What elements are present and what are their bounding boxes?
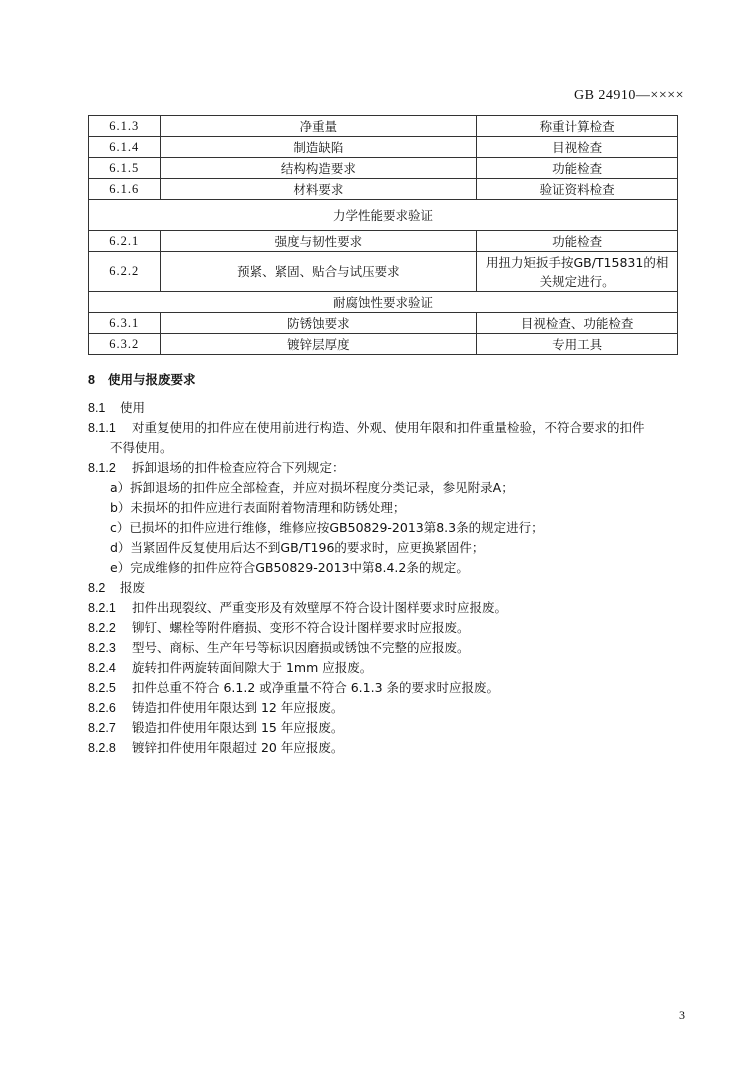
clause-text: 型号、商标、生产年号等标识因磨损或锈蚀不完整的应报废。 [132,640,470,655]
clause: 8.1.1对重复使用的扣件应在使用前进行构造、外观、使用年限和扣件重量检验，不符… [88,418,692,438]
clause: 8.2.3型号、商标、生产年号等标识因磨损或锈蚀不完整的应报废。 [88,638,692,658]
table-row: 6.2.1 强度与韧性要求 功能检查 [89,231,678,252]
clause-text: 扣件总重不符合 6.1.2 或净重量不符合 6.1.3 条的要求时应报废。 [132,680,499,695]
clause: 8.2.2铆钉、螺栓等附件磨损、变形不符合设计图样要求时应报废。 [88,618,692,638]
subsection-number: 8.1 [88,398,120,418]
method-cell: 目视检查 [477,137,678,158]
list-item: d）当紧固件反复使用后达不到GB/T196的要求时，应更换紧固件； [88,538,692,558]
section-number: 8 [88,370,108,390]
clause-number: 8.2.1 [88,598,132,618]
clause: 8.2.6铸造扣件使用年限达到 12 年应报废。 [88,698,692,718]
verification-table: 6.1.3 净重量 称重计算检查 6.1.4 制造缺陷 目视检查 6.1.5 结… [88,115,678,355]
subsection-title: 使用 [120,400,145,415]
group-label: 力学性能要求验证 [89,200,678,231]
method-cell: 功能检查 [477,231,678,252]
clause-text: 铆钉、螺栓等附件磨损、变形不符合设计图样要求时应报废。 [132,620,470,635]
subsection-heading: 8.1使用 [88,398,692,418]
clause-text: 拆卸退场的扣件检查应符合下列规定： [132,460,345,475]
item-cell: 防锈蚀要求 [160,313,477,334]
clause-number: 8.2.6 [88,698,132,718]
clause-number: 8.2.3 [88,638,132,658]
clause-number: 8.1.1 [88,418,132,438]
list-item: b）未损坏的扣件应进行表面附着物清理和防锈处理； [88,498,692,518]
clause-cell: 6.3.2 [89,334,161,355]
method-cell: 称重计算检查 [477,116,678,137]
section-8: 8使用与报废要求 8.1使用 8.1.1对重复使用的扣件应在使用前进行构造、外观… [88,370,692,758]
table-group-row: 耐腐蚀性要求验证 [89,292,678,313]
clause-cell: 6.2.2 [89,252,161,292]
list-item: c）已损坏的扣件应进行维修，维修应按GB50829-2013第8.3条的规定进行… [88,518,692,538]
subsection-heading: 8.2报废 [88,578,692,598]
table-row: 6.1.3 净重量 称重计算检查 [89,116,678,137]
table-row: 6.1.6 材料要求 验证资料检查 [89,179,678,200]
group-label: 耐腐蚀性要求验证 [89,292,678,313]
clause-cell: 6.3.1 [89,313,161,334]
clause: 8.1.2拆卸退场的扣件检查应符合下列规定： [88,458,692,478]
item-cell: 材料要求 [160,179,477,200]
item-cell: 强度与韧性要求 [160,231,477,252]
clause-cell: 6.1.6 [89,179,161,200]
table-row: 6.3.2 镀锌层厚度 专用工具 [89,334,678,355]
clause-number: 8.2.2 [88,618,132,638]
clause-number: 8.2.4 [88,658,132,678]
clause-text: 扣件出现裂纹、严重变形及有效壁厚不符合设计图样要求时应报废。 [132,600,507,615]
item-cell: 镀锌层厚度 [160,334,477,355]
table-group-row: 力学性能要求验证 [89,200,678,231]
table-row: 6.2.2 预紧、紧固、贴合与试压要求 用扭力矩扳手按GB/T15831的相关规… [89,252,678,292]
method-cell: 功能检查 [477,158,678,179]
clause-number: 8.1.2 [88,458,132,478]
clause-text: 铸造扣件使用年限达到 12 年应报废。 [132,700,343,715]
clause-text: 旋转扣件两旋转面间隙大于 1mm 应报废。 [132,660,372,675]
standard-code: GB 24910—×××× [574,88,684,104]
clause-text: 对重复使用的扣件应在使用前进行构造、外观、使用年限和扣件重量检验，不符合要求的扣… [132,420,645,435]
item-cell: 净重量 [160,116,477,137]
table-row: 6.1.4 制造缺陷 目视检查 [89,137,678,158]
item-cell: 结构构造要求 [160,158,477,179]
clause-continuation: 不得使用。 [88,438,692,458]
method-cell: 验证资料检查 [477,179,678,200]
clause-cell: 6.1.4 [89,137,161,158]
clause-number: 8.2.5 [88,678,132,698]
clause-number: 8.2.7 [88,718,132,738]
subsection-number: 8.2 [88,578,120,598]
list-item: a）拆卸退场的扣件应全部检查，并应对损坏程度分类记录，参见附录A； [88,478,692,498]
section-heading: 8使用与报废要求 [88,370,692,390]
clause-cell: 6.1.3 [89,116,161,137]
clause-cell: 6.2.1 [89,231,161,252]
clause: 8.2.5扣件总重不符合 6.1.2 或净重量不符合 6.1.3 条的要求时应报… [88,678,692,698]
clause: 8.2.4旋转扣件两旋转面间隙大于 1mm 应报废。 [88,658,692,678]
item-cell: 预紧、紧固、贴合与试压要求 [160,252,477,292]
clause: 8.2.7锻造扣件使用年限达到 15 年应报废。 [88,718,692,738]
clause-number: 8.2.8 [88,738,132,758]
section-title: 使用与报废要求 [108,372,196,387]
method-cell: 目视检查、功能检查 [477,313,678,334]
list-item: e）完成维修的扣件应符合GB50829-2013中第8.4.2条的规定。 [88,558,692,578]
table-row: 6.3.1 防锈蚀要求 目视检查、功能检查 [89,313,678,334]
method-cell: 专用工具 [477,334,678,355]
clause-text: 镀锌扣件使用年限超过 20 年应报废。 [132,740,343,755]
page-number: 3 [679,1008,685,1023]
clause: 8.2.8镀锌扣件使用年限超过 20 年应报废。 [88,738,692,758]
clause: 8.2.1扣件出现裂纹、严重变形及有效壁厚不符合设计图样要求时应报废。 [88,598,692,618]
clause-cell: 6.1.5 [89,158,161,179]
subsection-title: 报废 [120,580,145,595]
item-cell: 制造缺陷 [160,137,477,158]
method-cell: 用扭力矩扳手按GB/T15831的相关规定进行。 [477,252,678,292]
table-row: 6.1.5 结构构造要求 功能检查 [89,158,678,179]
clause-text: 锻造扣件使用年限达到 15 年应报废。 [132,720,343,735]
